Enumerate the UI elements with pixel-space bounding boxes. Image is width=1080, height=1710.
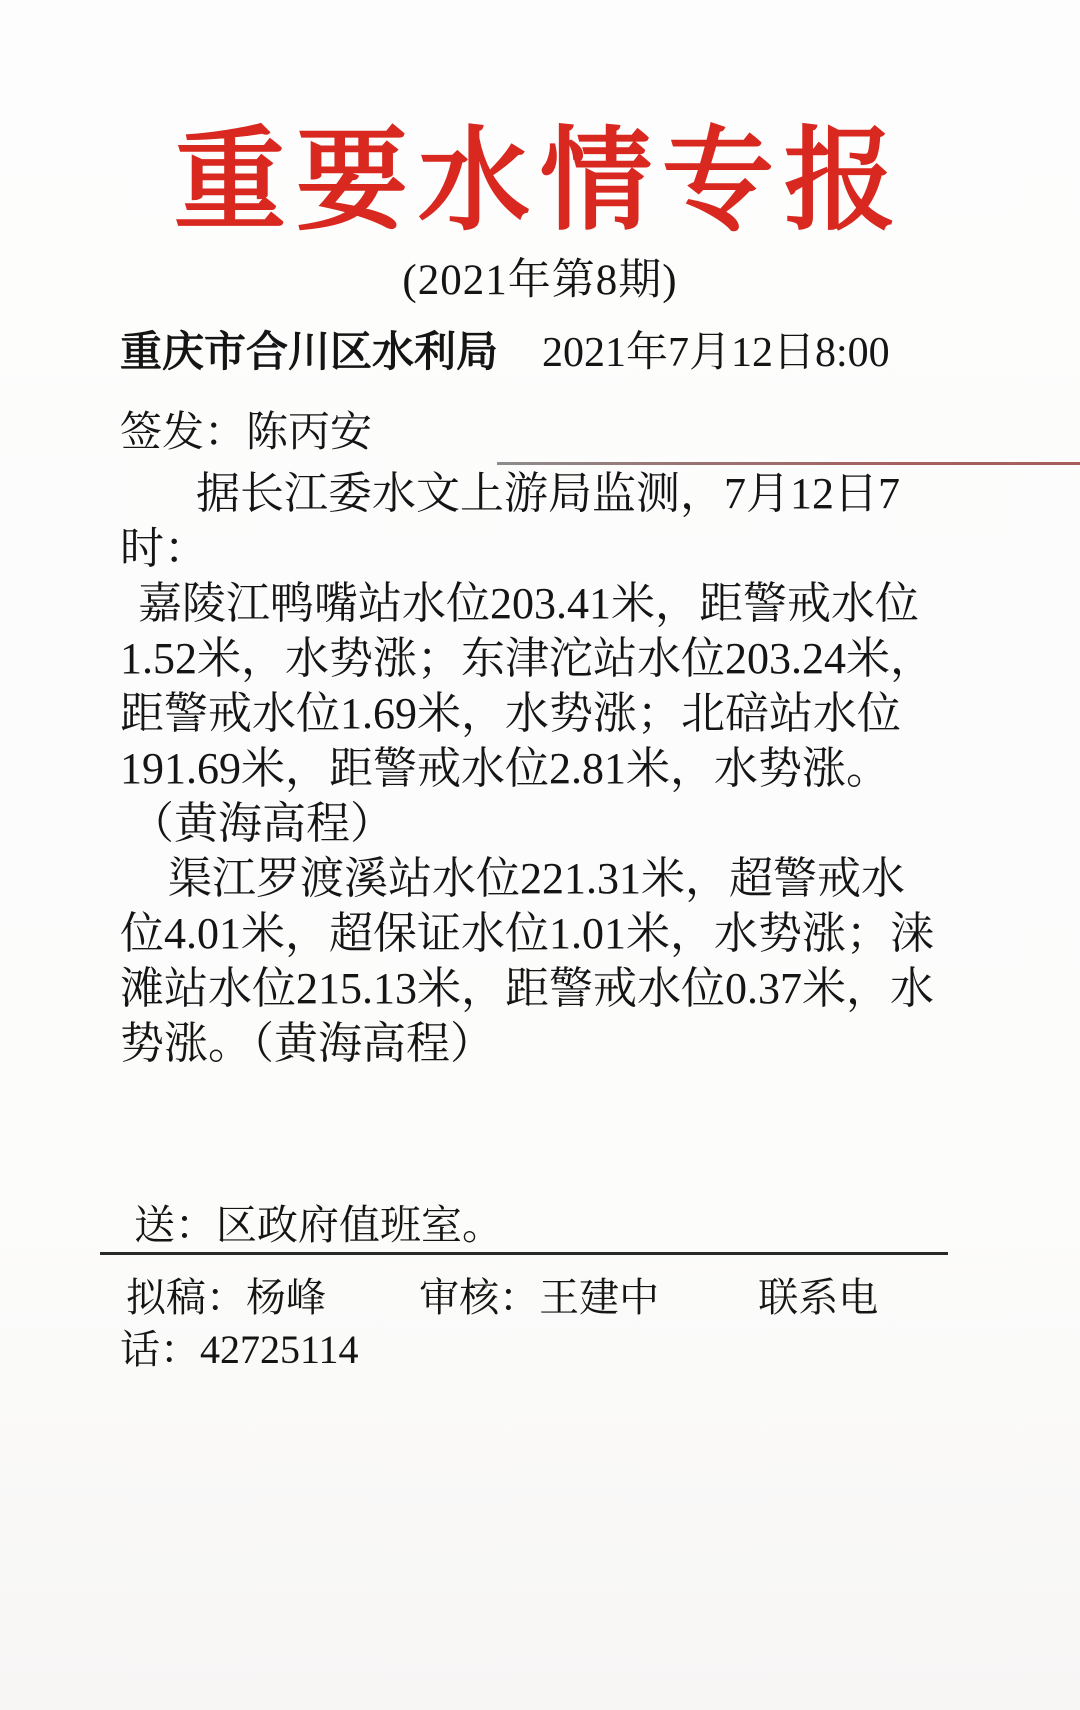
document-header: 重庆市合川区水利局 2021年7月12日8:00 签发：陈丙安 (120, 331, 890, 453)
distribution-note: 送：区政府值班室。 (134, 1192, 503, 1251)
red-divider-line (497, 462, 1080, 465)
reviewer-name: 审核：王建中 (419, 1276, 659, 1320)
body-line: 嘉陵江鸭嘴站水位203.41米，距警戒水位 (120, 576, 970, 631)
footer-divider-line (100, 1252, 948, 1255)
agency-name: 重庆市合川区水利局 (120, 331, 498, 373)
body-line: 位4.01米，超保证水位1.01米，水势涨；涞 (120, 906, 970, 961)
issue-number: (2021年第8期) (0, 246, 1080, 307)
body-line: （黄海高程） (120, 796, 970, 851)
body-paragraphs: 据长江委水文上游局监测，7月12日7 时： 嘉陵江鸭嘴站水位203.41米，距警… (120, 466, 970, 1071)
body-line: 势涨。（黄海高程） (120, 1016, 970, 1071)
body-line: 距警戒水位1.69米，水势涨；北碚站水位 (120, 686, 970, 741)
body-line: 191.69米，距警戒水位2.81米，水势涨。 (120, 741, 970, 796)
contact-label-part1: 联系电 (758, 1276, 878, 1320)
body-line: 渠江罗渡溪站水位221.31米，超警戒水 (120, 851, 970, 906)
signer-line: 签发：陈丙安 (120, 411, 890, 453)
credits-row: 拟稿：杨峰 审核：王建中 联系电 (126, 1266, 878, 1323)
drafter-name: 拟稿：杨峰 (126, 1276, 326, 1320)
body-line: 时： (120, 521, 970, 576)
document-page: 重要水情专报 (2021年第8期) 重庆市合川区水利局 2021年7月12日8:… (0, 0, 1080, 1710)
body-line: 1.52米，水势涨；东津沱站水位203.24米， (120, 631, 970, 686)
body-line: 据长江委水文上游局监测，7月12日7 (120, 466, 970, 521)
issue-datetime: 2021年7月12日8:00 (542, 332, 890, 374)
header-row: 重庆市合川区水利局 2021年7月12日8:00 (120, 331, 890, 374)
contact-phone-line: 话：42725114 (120, 1318, 359, 1375)
document-title: 重要水情专报 (0, 122, 1080, 240)
body-line: 滩站水位215.13米，距警戒水位0.37米，水 (120, 961, 970, 1016)
